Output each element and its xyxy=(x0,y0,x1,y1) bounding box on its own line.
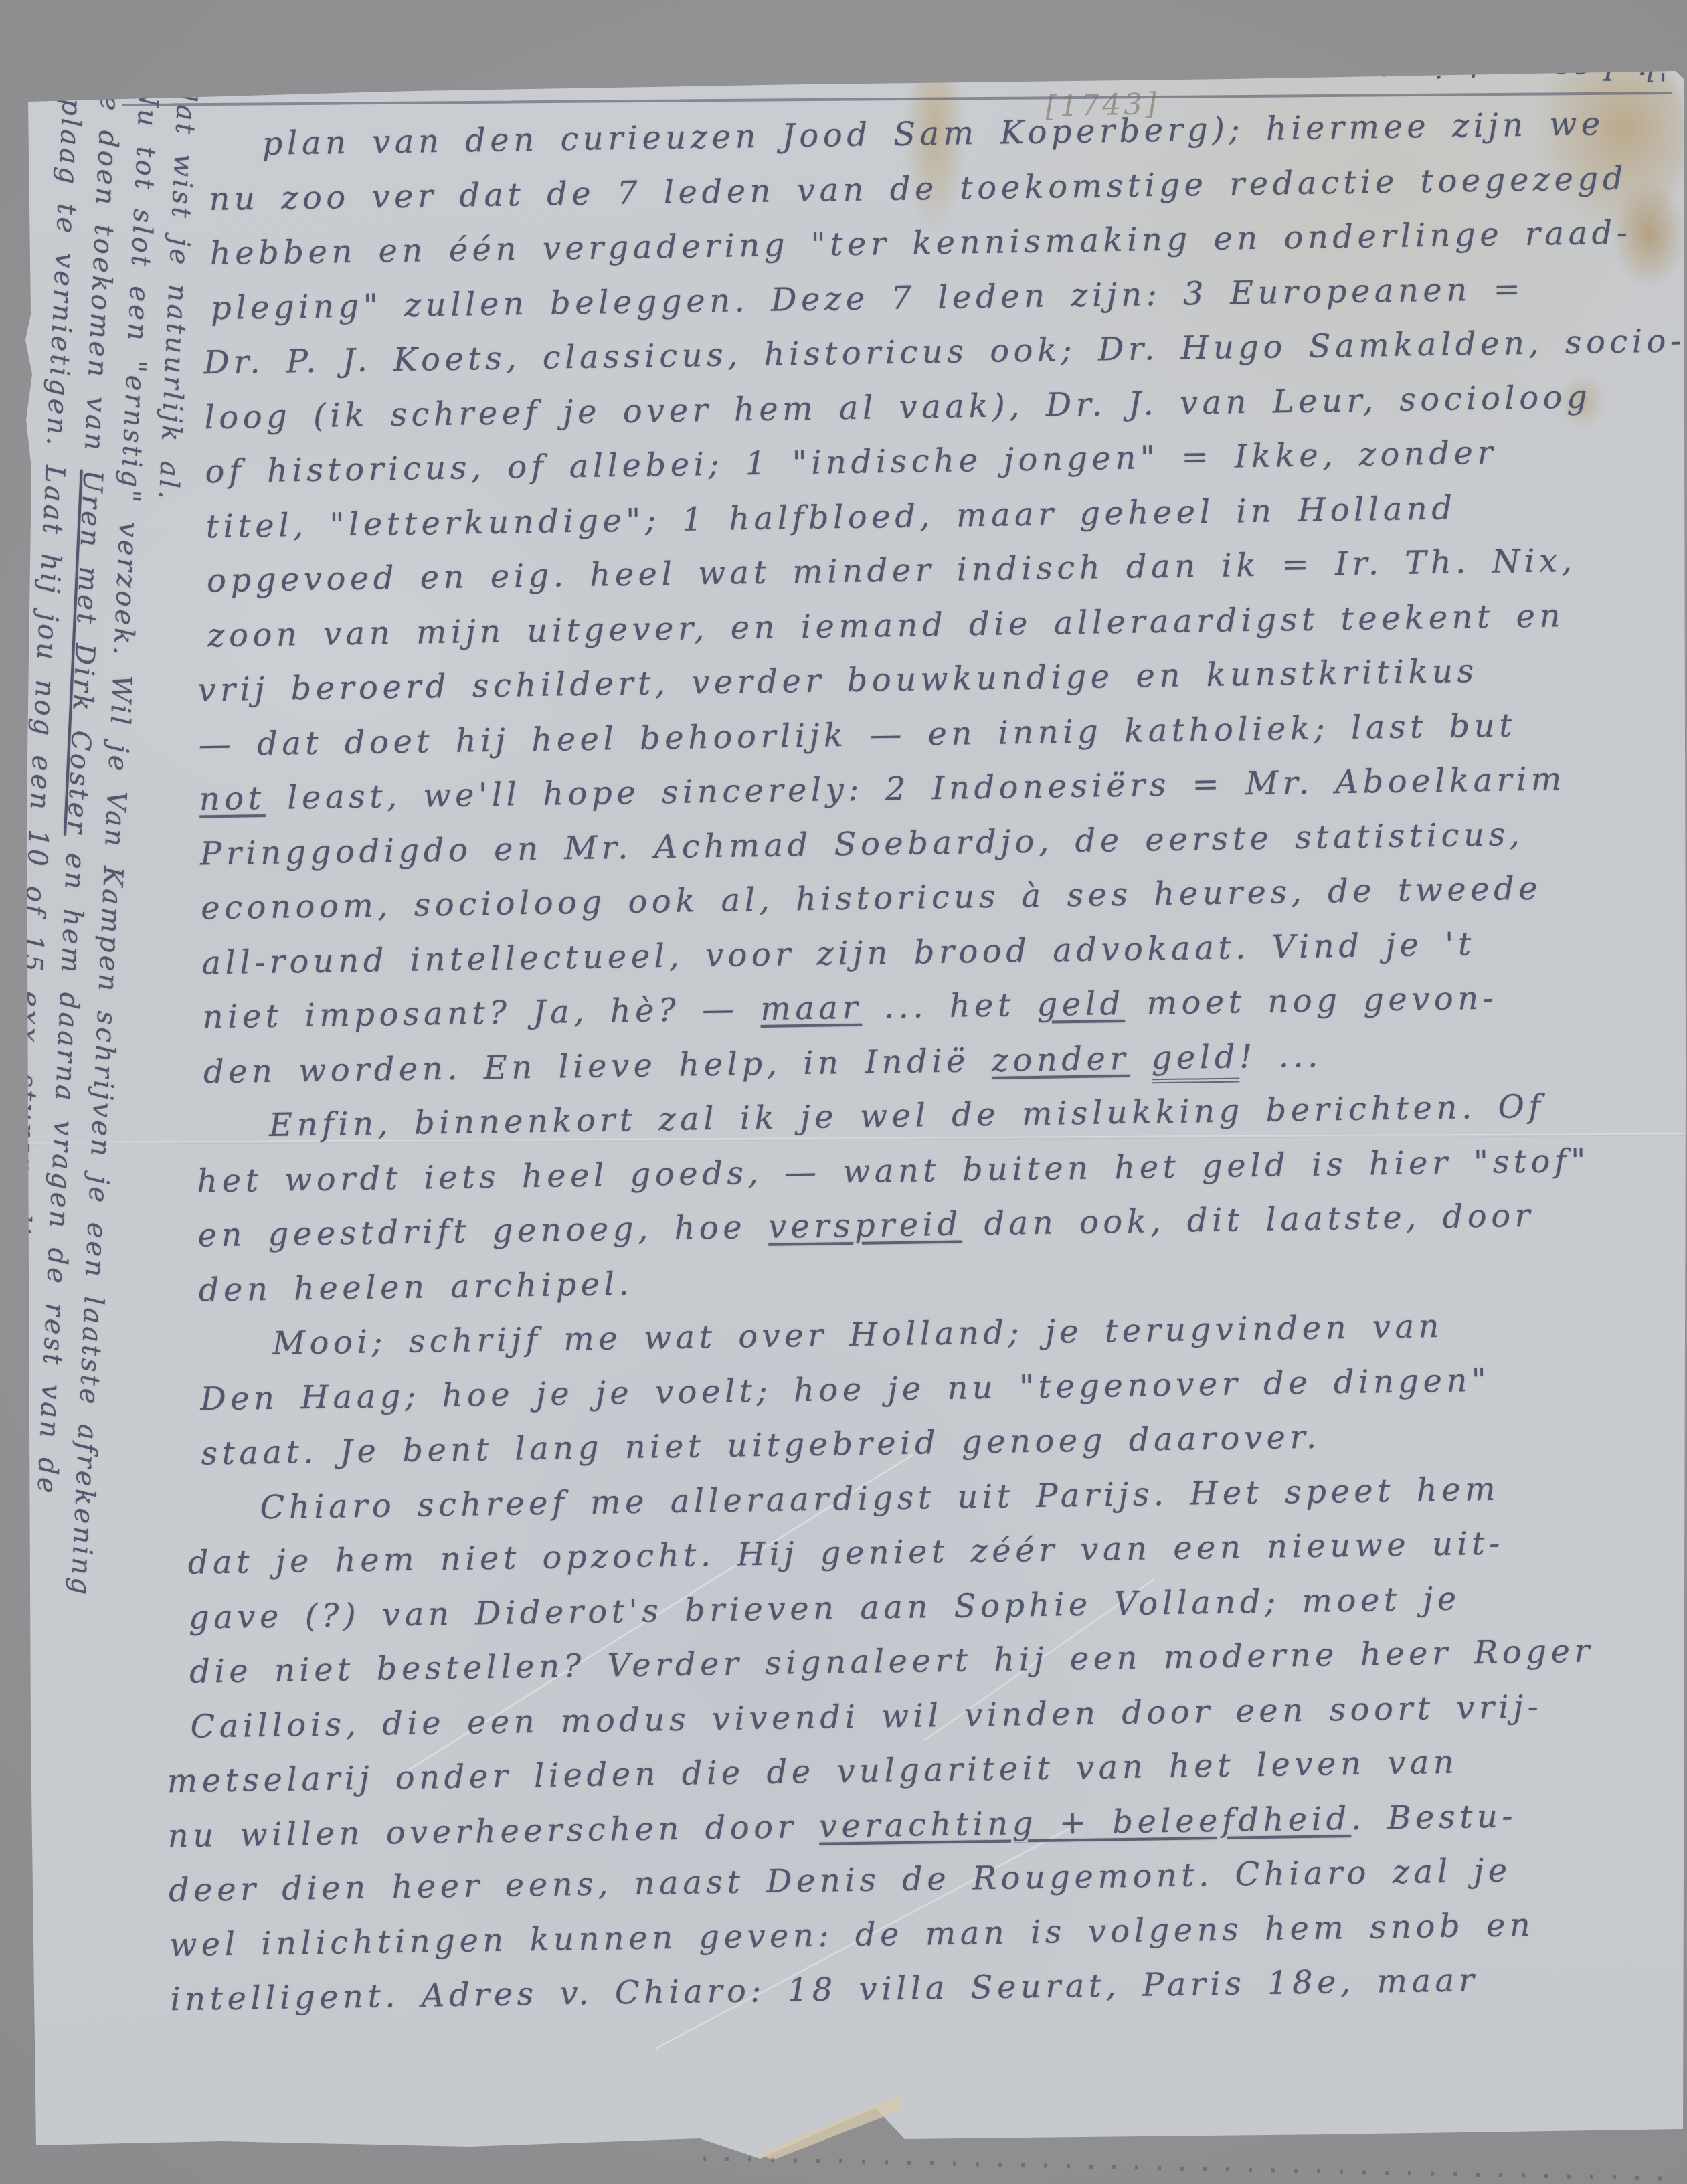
letter-body: plan van den curieuzen Jood Sam Koperber… xyxy=(181,104,1687,2035)
scanner-artifact-dots xyxy=(703,2157,1680,2181)
top-margin-note: 'k Las met instemming je stuk over Jany'… xyxy=(38,1,1668,88)
letter-paper: 'k Las met instemming je stuk over Jany'… xyxy=(0,0,1687,2184)
left-margin-note: dat wist je natuurlijk al.Nu tot slot ee… xyxy=(0,79,202,2058)
separator-rule xyxy=(122,92,1672,106)
scanned-letter-page: 'k Las met instemming je stuk over Jany'… xyxy=(0,0,1687,2184)
